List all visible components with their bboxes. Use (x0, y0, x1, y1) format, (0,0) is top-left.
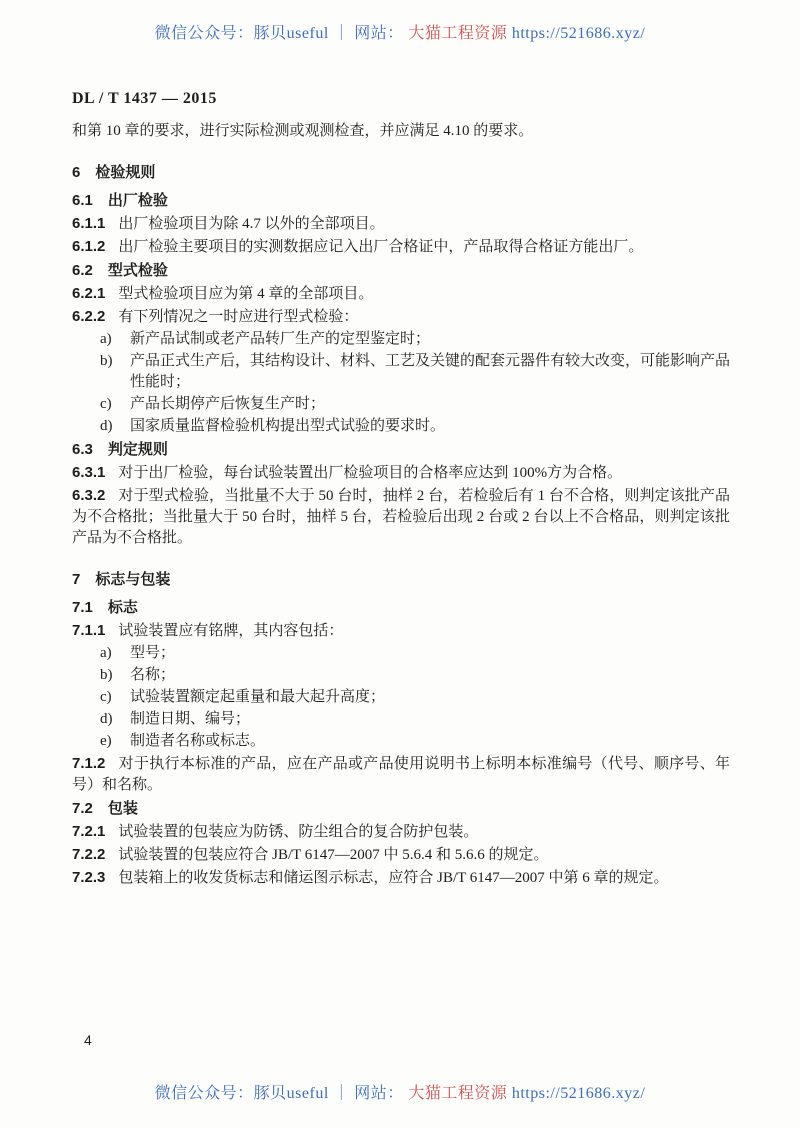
list-item-c: c)产品长期停产后恢复生产时； (72, 394, 730, 415)
watermark-separator: ｜ (333, 25, 354, 42)
section-heading-6.1: 6.1出厂检验 (72, 190, 730, 211)
list-item-e: e)制造者名称或标志。 (72, 731, 730, 752)
watermark-bottom: 微信公众号：豚贝useful ｜ 网站： 大猫工程资源 https://5216… (0, 1080, 800, 1103)
list-item-d: d)制造日期、编号； (72, 709, 730, 730)
clause-text: 有下列情况之一时应进行型式检验： (118, 309, 358, 325)
heading-number: 7.1 (72, 599, 93, 616)
section-heading-7.1: 7.1标志 (72, 597, 730, 618)
heading-number: 6.3 (72, 441, 93, 458)
item-label: a) (100, 329, 112, 350)
item-label: b) (100, 351, 113, 372)
clause-text: 对于型式检验，当批量不大于 50 台时，抽样 2 台，若检验后有 1 台不合格，… (72, 488, 730, 546)
watermark-site-label: 网站： (354, 25, 404, 42)
clause-6.2.1: 6.2.1型式检验项目应为第 4 章的全部项目。 (72, 283, 730, 305)
section-heading-7.2: 7.2包装 (72, 798, 730, 819)
watermark-url: https://521686.xyz/ (512, 25, 646, 42)
clause-number: 6.3.1 (72, 464, 105, 481)
item-label: a) (100, 643, 112, 664)
clause-text: 对于出厂检验，每台试验装置出厂检验项目的合格率应达到 100%方为合格。 (118, 465, 622, 481)
list-item-a: a)新产品试制或老产品转厂生产的定型鉴定时； (72, 329, 730, 350)
clause-number: 7.1.1 (72, 622, 105, 639)
clause-text: 对于执行本标准的产品，应在产品或产品使用说明书上标明本标准编号（代号、顺序号、年… (72, 756, 730, 793)
clause-7.2.1: 7.2.1试验装置的包装应为防锈、防尘组合的复合防护包装。 (72, 821, 730, 843)
heading-title: 标志 (108, 599, 138, 616)
item-label: d) (100, 709, 113, 730)
clause-text: 包装箱上的收发货标志和储运图示标志，应符合 JB/T 6147—2007 中第 … (118, 870, 668, 886)
item-text: 名称； (130, 667, 175, 683)
heading-title: 出厂检验 (108, 192, 168, 209)
section-heading-6.2: 6.2型式检验 (72, 260, 730, 281)
item-text: 国家质量监督检验机构提出型式试验的要求时。 (130, 418, 445, 434)
watermark-wechat-label: 微信公众号：豚贝useful (155, 1085, 329, 1102)
page-number: 4 (84, 1032, 92, 1048)
item-text: 制造日期、编号； (130, 711, 250, 727)
clause-number: 7.1.2 (72, 755, 105, 772)
item-label: c) (100, 687, 112, 708)
clause-number: 6.1.2 (72, 238, 105, 255)
clause-text: 试验装置的包装应符合 JB/T 6147—2007 中 5.6.4 和 5.6.… (118, 847, 548, 863)
clause-text: 型式检验项目应为第 4 章的全部项目。 (118, 286, 373, 302)
standard-code: DL / T 1437 — 2015 (72, 90, 217, 108)
item-text: 制造者名称或标志。 (130, 733, 265, 749)
clause-6.3.2: 6.3.2对于型式检验，当批量不大于 50 台时，抽样 2 台，若检验后有 1 … (72, 485, 730, 549)
document-content: 和第 10 章的要求，进行实际检测或观测检查，并应满足 4.10 的要求。6检验… (72, 121, 730, 890)
clause-number: 6.1.1 (72, 215, 105, 232)
clause-number: 7.2.2 (72, 846, 105, 863)
heading-title: 检验规则 (95, 164, 155, 181)
list-item-b: b)名称； (72, 665, 730, 686)
document-page: 微信公众号：豚贝useful ｜ 网站： 大猫工程资源 https://5216… (0, 0, 800, 1129)
list-item-b: b)产品正式生产后，其结构设计、材料、工艺及关键的配套元器件有较大改变，可能影响… (72, 351, 730, 393)
clause-number: 6.2.2 (72, 308, 105, 325)
heading-title: 判定规则 (108, 441, 168, 458)
clause-number: 6.2.1 (72, 285, 105, 302)
clause-6.1.1: 6.1.1出厂检验项目为除 4.7 以外的全部项目。 (72, 213, 730, 235)
item-text: 产品长期停产后恢复生产时； (130, 396, 325, 412)
section-heading-6: 6检验规则 (72, 162, 730, 183)
heading-number: 6.2 (72, 262, 93, 279)
clause-6.1.2: 6.1.2出厂检验主要项目的实测数据应记入出厂合格证中，产品取得合格证方能出厂。 (72, 236, 730, 258)
list-item-c: c)试验装置额定起重量和最大起升高度； (72, 687, 730, 708)
clause-7.1.2: 7.1.2对于执行本标准的产品，应在产品或产品使用说明书上标明本标准编号（代号、… (72, 753, 730, 796)
clause-7.2.3: 7.2.3包装箱上的收发货标志和储运图示标志，应符合 JB/T 6147—200… (72, 867, 730, 889)
clause-number: 6.3.2 (72, 487, 105, 504)
clause-text: 出厂检验主要项目的实测数据应记入出厂合格证中，产品取得合格证方能出厂。 (118, 239, 643, 255)
heading-title: 型式检验 (108, 262, 168, 279)
item-label: b) (100, 665, 113, 686)
heading-number: 6.1 (72, 192, 93, 209)
clause-text: 试验装置应有铭牌，其内容包括： (118, 623, 343, 639)
item-label: d) (100, 416, 113, 437)
clause-6.2.2: 6.2.2有下列情况之一时应进行型式检验： (72, 306, 730, 328)
watermark-url: https://521686.xyz/ (512, 1085, 646, 1102)
list-item-d: d)国家质量监督检验机构提出型式试验的要求时。 (72, 416, 730, 437)
clause-7.2.2: 7.2.2试验装置的包装应符合 JB/T 6147—2007 中 5.6.4 和… (72, 844, 730, 866)
paragraph-text: 和第 10 章的要求，进行实际检测或观测检查，并应满足 4.10 的要求。 (72, 123, 533, 139)
item-text: 新产品试制或老产品转厂生产的定型鉴定时； (130, 331, 430, 347)
item-label: e) (100, 731, 112, 752)
clause-number: 7.2.1 (72, 823, 105, 840)
heading-number: 7.2 (72, 800, 93, 817)
list-item-a: a)型号； (72, 643, 730, 664)
heading-number: 7 (72, 571, 80, 588)
item-text: 试验装置额定起重量和最大起升高度； (130, 689, 385, 705)
heading-title: 包装 (108, 800, 138, 817)
heading-number: 6 (72, 164, 80, 181)
item-text: 产品正式生产后，其结构设计、材料、工艺及关键的配套元器件有较大改变，可能影响产品… (130, 353, 730, 390)
clause-text: 试验装置的包装应为防锈、防尘组合的复合防护包装。 (118, 824, 478, 840)
paragraph: 和第 10 章的要求，进行实际检测或观测检查，并应满足 4.10 的要求。 (72, 121, 730, 142)
watermark-site-name: 大猫工程资源 (408, 25, 507, 42)
clause-6.3.1: 6.3.1对于出厂检验，每台试验装置出厂检验项目的合格率应达到 100%方为合格… (72, 462, 730, 484)
item-text: 型号； (130, 645, 175, 661)
watermark-top: 微信公众号：豚贝useful ｜ 网站： 大猫工程资源 https://5216… (0, 20, 800, 43)
heading-title: 标志与包装 (95, 571, 170, 588)
clause-number: 7.2.3 (72, 869, 105, 886)
clause-text: 出厂检验项目为除 4.7 以外的全部项目。 (118, 216, 384, 232)
clause-7.1.1: 7.1.1试验装置应有铭牌，其内容包括： (72, 620, 730, 642)
watermark-wechat-label: 微信公众号：豚贝useful (155, 25, 329, 42)
watermark-site-name: 大猫工程资源 (408, 1085, 507, 1102)
section-heading-7: 7标志与包装 (72, 569, 730, 590)
watermark-site-label: 网站： (354, 1085, 404, 1102)
item-label: c) (100, 394, 112, 415)
section-heading-6.3: 6.3判定规则 (72, 439, 730, 460)
watermark-separator: ｜ (333, 1085, 354, 1102)
